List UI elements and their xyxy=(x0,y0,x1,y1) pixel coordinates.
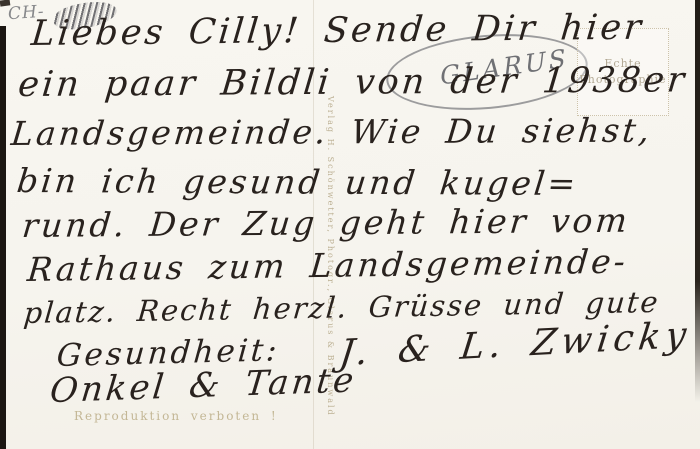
message-line: bin ich gesund und kugel= xyxy=(15,164,580,200)
message-line: rund. Der Zug geht hier vom xyxy=(21,204,632,242)
message-line: Rathaus zum Landsgemeinde- xyxy=(26,245,630,286)
scan-edge-left xyxy=(0,26,6,449)
postcard-back-scan: CH- GLARUS Echte Photographie Verlag H. … xyxy=(0,0,700,449)
signature: J. & L. Zwicky xyxy=(338,318,693,373)
reproduction-notice: Reproduktion verboten ! xyxy=(74,409,278,423)
scan-edge-right xyxy=(695,0,700,402)
message-line: ein paar Bildli von der 1938er xyxy=(17,63,689,103)
message-line: Landsgemeinde. Wie Du siehst, xyxy=(10,114,654,150)
message-line: Onkel & Tante xyxy=(48,363,358,408)
message-line: Liebes Cilly! Sende Dir hier xyxy=(30,11,646,52)
